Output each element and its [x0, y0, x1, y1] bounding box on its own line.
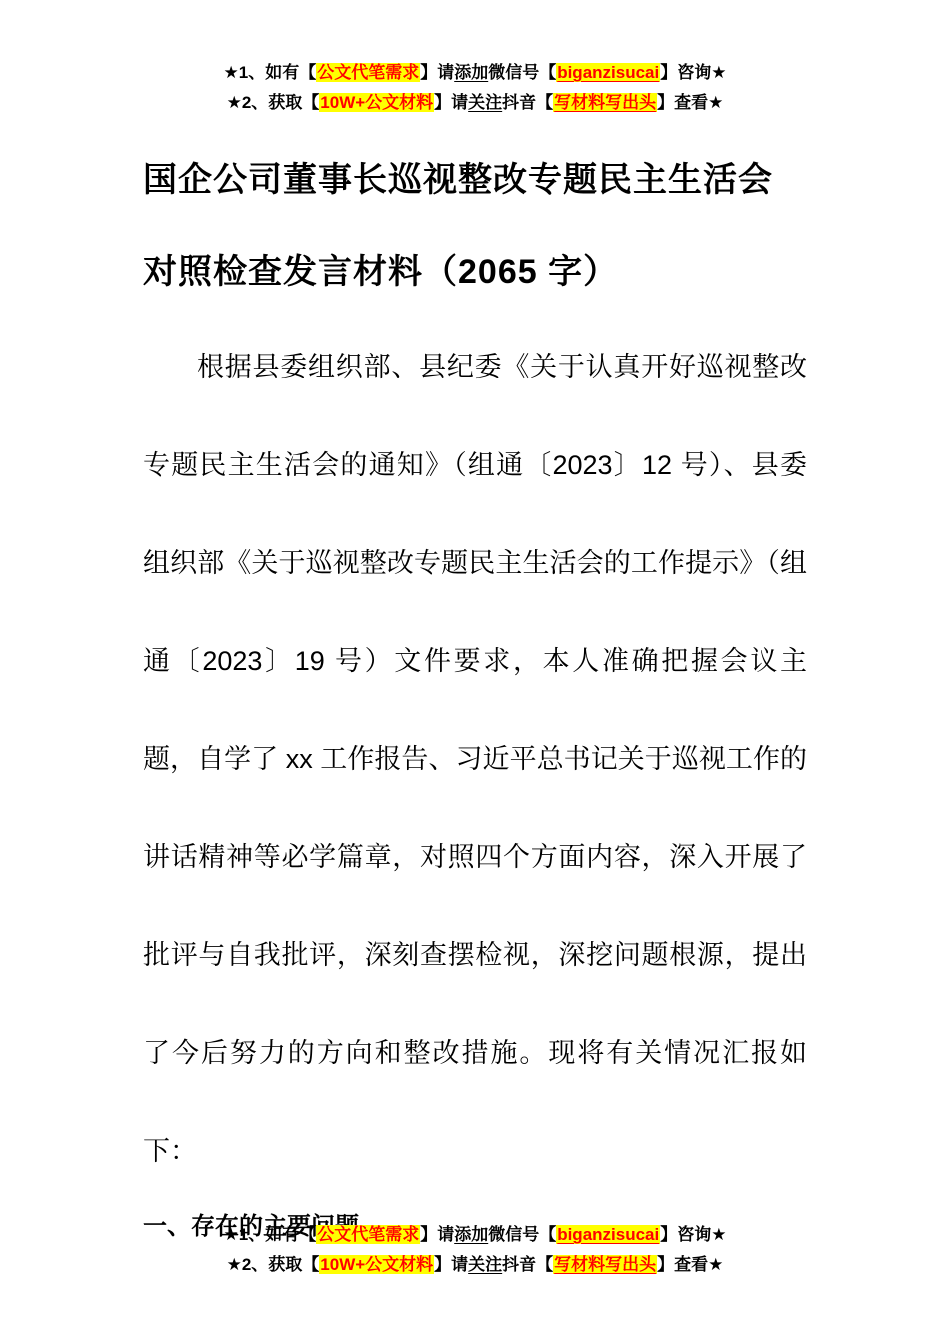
notice-text: 】查看★: [657, 1255, 723, 1274]
footer-notice-inner: ★1、如有【公文代笔需求】请添加微信号【biganzisucai】咨询★ ★2、…: [0, 1220, 950, 1280]
underlined-term-follow: 关注: [468, 1255, 502, 1274]
body-paragraph: 根据县委组织部、县纪委《关于认真开好巡视整改专题民主生活会的通知》（组通〔202…: [143, 318, 807, 1200]
wechat-id: biganzisucai: [556, 1225, 660, 1244]
underlined-term-add: 添加: [454, 1225, 488, 1244]
wechat-id: biganzisucai: [556, 63, 660, 82]
notice-text: 微信号【: [488, 63, 556, 82]
footer-notice-line-1: ★1、如有【公文代笔需求】请添加微信号【biganzisucai】咨询★: [0, 1220, 950, 1250]
notice-text: 微信号【: [488, 1225, 556, 1244]
document-title: 国企公司董事长巡视整改专题民主生活会 对照检查发言材料（2065 字）: [143, 134, 807, 318]
highlighted-term-writing-service: 公文代笔需求: [316, 1225, 420, 1244]
notice-text: 抖音【: [502, 1255, 553, 1274]
header-notice-line-2: ★2、获取【10W+公文材料】请关注抖音【写材料写出头】查看★: [143, 88, 807, 118]
notice-text: 】请: [420, 63, 454, 82]
notice-text: ★2、获取【: [227, 93, 320, 112]
notice-text: 】咨询★: [660, 63, 726, 82]
notice-text: 】咨询★: [660, 1225, 726, 1244]
footer-notice-line-2: ★2、获取【10W+公文材料】请关注抖音【写材料写出头】查看★: [0, 1250, 950, 1280]
highlighted-term-materials: 10W+公文材料: [319, 93, 434, 112]
notice-text: ★1、如有【: [224, 1225, 317, 1244]
notice-text: 】请: [420, 1225, 454, 1244]
document-page: ★1、如有【公文代笔需求】请添加微信号【biganzisucai】咨询★ ★2、…: [0, 0, 950, 1344]
notice-text: 】查看★: [657, 93, 723, 112]
douyin-account: 写材料写出头: [553, 93, 657, 112]
highlighted-term-writing-service: 公文代笔需求: [316, 63, 420, 82]
highlighted-term-materials: 10W+公文材料: [319, 1255, 434, 1274]
header-notice-line-1: ★1、如有【公文代笔需求】请添加微信号【biganzisucai】咨询★: [143, 58, 807, 88]
underlined-term-follow: 关注: [468, 93, 502, 112]
notice-text: ★1、如有【: [224, 63, 317, 82]
notice-text: ★2、获取【: [227, 1255, 320, 1274]
footer-notice: ★1、如有【公文代笔需求】请添加微信号【biganzisucai】咨询★ ★2、…: [0, 1220, 950, 1280]
underlined-term-add: 添加: [454, 63, 488, 82]
document-title-line-2: 对照检查发言材料（2065 字）: [143, 226, 807, 318]
notice-text: 】请: [434, 93, 468, 112]
notice-text: 】请: [434, 1255, 468, 1274]
header-notice: ★1、如有【公文代笔需求】请添加微信号【biganzisucai】咨询★ ★2、…: [143, 58, 807, 118]
douyin-account: 写材料写出头: [553, 1255, 657, 1274]
notice-text: 抖音【: [502, 93, 553, 112]
document-title-line-1: 国企公司董事长巡视整改专题民主生活会: [143, 134, 807, 226]
